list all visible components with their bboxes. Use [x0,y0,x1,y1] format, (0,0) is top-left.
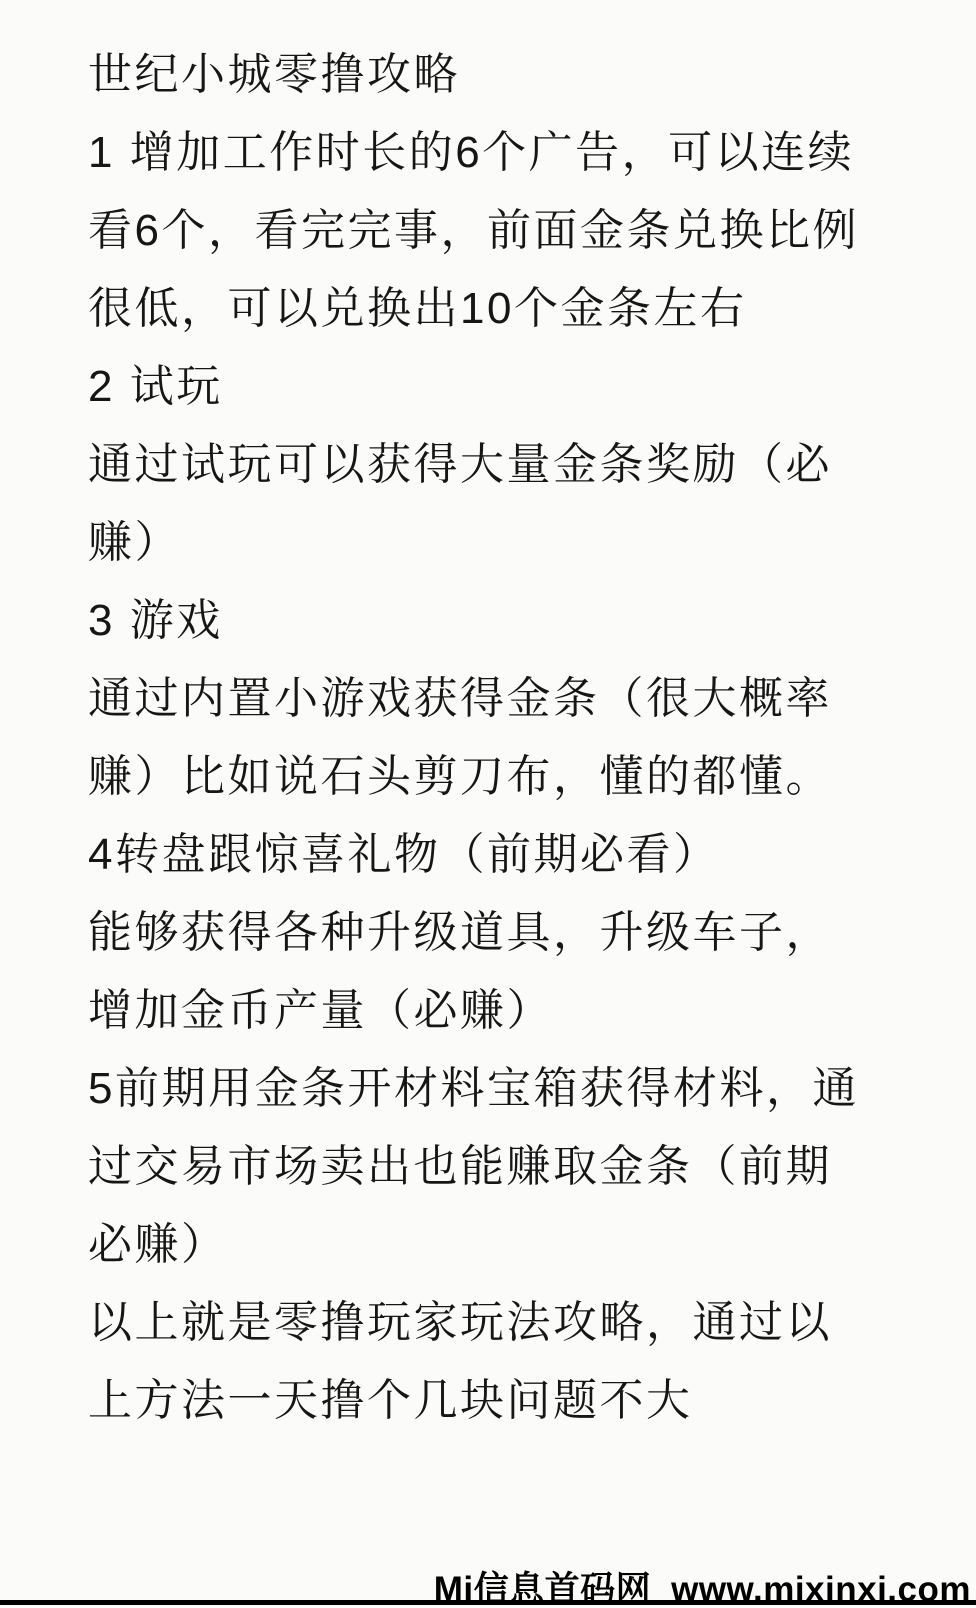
guide-line-6: 赚） [88,504,916,582]
guide-line-16: 以上就是零撸玩家玩法攻略，通过以 [88,1284,916,1362]
guide-line-15: 必赚） [88,1206,916,1284]
guide-title: 世纪小城零撸攻略 [88,36,916,114]
watermark-url: www.mixinxi.com [671,1570,971,1608]
watermark: Mi信息首码网 www.mixinxi.com [434,1562,971,1608]
guide-line-17: 上方法一天撸个几块问题不大 [88,1362,916,1440]
guide-line-10: 4转盘跟惊喜礼物（前期必看） [88,816,916,894]
watermark-site-name: Mi信息首码网 [434,1562,651,1608]
guide-line-7: 3 游戏 [88,582,916,660]
guide-line-9: 赚）比如说石头剪刀布，懂的都懂。 [88,738,916,816]
guide-line-5: 通过试玩可以获得大量金条奖励（必 [88,426,916,504]
guide-line-8: 通过内置小游戏获得金条（很大概率 [88,660,916,738]
guide-line-1: 1 增加工作时长的6个广告，可以连续 [88,114,916,192]
guide-line-13: 5前期用金条开材料宝箱获得材料，通 [88,1050,916,1128]
guide-line-14: 过交易市场卖出也能赚取金条（前期 [88,1128,916,1206]
guide-line-12: 增加金币产量（必赚） [88,972,916,1050]
guide-text-block: 世纪小城零撸攻略 1 增加工作时长的6个广告，可以连续 看6个，看完完事，前面金… [0,0,976,1440]
guide-line-4: 2 试玩 [88,348,916,426]
guide-line-2: 看6个，看完完事，前面金条兑换比例 [88,192,916,270]
document-page: 世纪小城零撸攻略 1 增加工作时长的6个广告，可以连续 看6个，看完完事，前面金… [0,0,976,1608]
guide-line-3: 很低，可以兑换出10个金条左右 [88,270,916,348]
guide-line-11: 能够获得各种升级道具，升级车子， [88,894,916,972]
